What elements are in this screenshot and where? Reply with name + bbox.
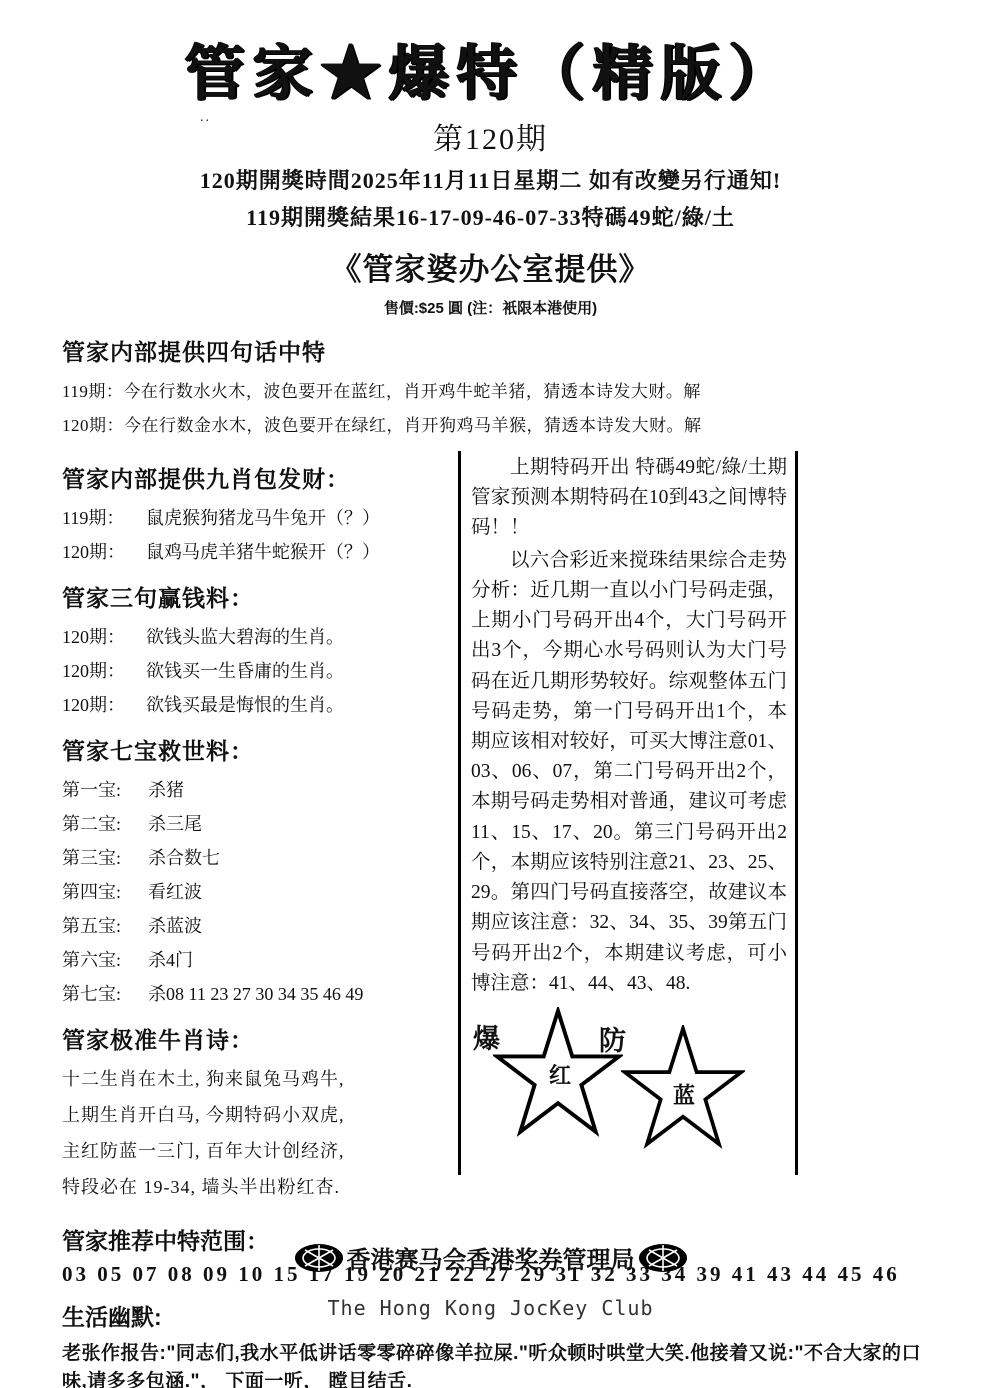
list-item: 119期： 鼠虎猴狗猪龙马牛兔开（？） <box>62 504 458 530</box>
row-value: 欲钱买最是悔恨的生肖。 <box>146 691 458 717</box>
row-label: 第三宝: <box>62 844 148 870</box>
provider-line: 《管家婆办公室提供》 <box>0 244 981 289</box>
list-item: 120期： 欲钱买一生昏庸的生肖。 <box>62 657 458 683</box>
row-label: 120期： <box>62 657 146 683</box>
row-value: 杀蓝波 <box>148 912 458 938</box>
analysis-paragraph-1: 上期特码开出 特碼49蛇/綠/土期管家预测本期特码在10到43之间博特码！！ <box>471 453 787 544</box>
row-label: 第六宝: <box>62 946 148 972</box>
row-label: 第二宝: <box>62 810 148 836</box>
row-label: 第四宝: <box>62 878 148 904</box>
row-value: 杀4门 <box>148 946 458 972</box>
poem-line: 特段必在 19-34, 墙头半出粉红杏. <box>62 1173 458 1199</box>
page-title: 管家★爆特（精版） <box>0 0 981 112</box>
list-item: 第二宝: 杀三尾 <box>62 810 458 836</box>
list-item: 120期： 欲钱头监大碧海的生肖。 <box>62 623 458 649</box>
section-heading-three-sentences: 管家三句赢钱料： <box>62 580 458 613</box>
footer-cn-text: 香港赛马会香港奖券管理局 <box>347 1240 635 1275</box>
row-value: 杀08 11 23 27 30 34 35 46 49 <box>148 980 458 1006</box>
list-item: 第六宝: 杀4门 <box>62 946 458 972</box>
section-heading-four-sentences: 管家内部提供四句话中特 <box>62 334 925 367</box>
footer: 香港赛马会香港奖券管理局 The Hong Kong JocKey Club <box>0 1240 981 1320</box>
list-item: 第一宝: 杀猪 <box>62 776 458 802</box>
row-value: 杀三尾 <box>148 810 458 836</box>
row-label: 119期： <box>62 504 146 530</box>
list-item: 第五宝: 杀蓝波 <box>62 912 458 938</box>
row-value: 看红波 <box>148 878 458 904</box>
row-value: 杀猪 <box>148 776 458 802</box>
row-label: 120期： <box>62 691 146 717</box>
price-note: 售價:$25 圓 (注：衹限本港使用) <box>0 297 981 318</box>
four-sentence-line: 120期：今在行数金水木，波色要开在绿红，肖开狗鸡马羊猴，猜透本诗发大财。解 <box>62 411 925 436</box>
row-value: 杀合数七 <box>148 844 458 870</box>
analysis-paragraph-2: 以六合彩近来搅珠结果综合走势分析：近几期一直以小门号码走强，上期小门号码开出4个… <box>471 546 787 999</box>
humor-text: 老张作报告:"同志们,我水平低讲话零零碎碎像羊拉屎."听众顿时哄堂大笑.他接着又… <box>62 1340 927 1388</box>
jockey-club-emblem-right-icon <box>637 1241 689 1275</box>
row-label: 120期： <box>62 538 146 564</box>
row-label: 第七宝: <box>62 980 148 1006</box>
list-item: 第三宝: 杀合数七 <box>62 844 458 870</box>
section-heading-seven-treasures: 管家七宝救世料： <box>62 733 458 766</box>
left-column: 管家内部提供九肖包发财： 119期： 鼠虎猴狗猪龙马牛兔开（？） 120期： 鼠… <box>62 445 458 1209</box>
section-heading-nine-zodiac: 管家内部提供九肖包发财： <box>62 461 458 494</box>
four-sentence-line: 119期：今在行数水火木，波色要开在蓝红，肖开鸡牛蛇羊猪，猜透本诗发大财。解 <box>62 377 925 402</box>
poem-line: 十二生肖在木土, 狗来鼠兔马鸡牛, <box>62 1065 458 1091</box>
row-value: 鼠虎猴狗猪龙马牛兔开（？） <box>146 504 458 530</box>
issue-number: 第120期 <box>0 114 981 158</box>
row-label: 第一宝: <box>62 776 148 802</box>
content-area: 管家内部提供四句话中特 119期：今在行数水火木，波色要开在蓝红，肖开鸡牛蛇羊猪… <box>0 334 981 1388</box>
analysis-column: 上期特码开出 特碼49蛇/綠/土期管家预测本期特码在10到43之间博特码！！ 以… <box>458 451 798 1175</box>
row-label: 120期： <box>62 623 146 649</box>
star1-inside-label: 红 <box>549 1059 571 1090</box>
row-value: 欲钱买一生昏庸的生肖。 <box>146 657 458 683</box>
draw-time-line: 120期開獎時間2025年11月11日星期二 如有改變另行通知! <box>0 164 981 195</box>
last-result-line: 119期開獎結果16-17-09-46-07-33特碼49蛇/綠/土 <box>0 201 981 232</box>
two-column-area: 管家内部提供九肖包发财： 119期： 鼠虎猴狗猪龙马牛兔开（？） 120期： 鼠… <box>62 445 925 1209</box>
star-graphics: 爆 红 防 蓝 <box>471 1011 787 1161</box>
print-artifact-dots: .. <box>200 110 211 126</box>
row-value: 欲钱头监大碧海的生肖。 <box>146 623 458 649</box>
poem-line: 上期生肖开白马, 今期特码小双虎, <box>62 1101 458 1127</box>
poem-line: 主红防蓝一三门, 百年大计创经济, <box>62 1137 458 1163</box>
list-item: 120期： 欲钱买最是悔恨的生肖。 <box>62 691 458 717</box>
section-heading-zodiac-poem: 管家极准牛肖诗： <box>62 1022 458 1055</box>
list-item: 第七宝: 杀08 11 23 27 30 34 35 46 49 <box>62 980 458 1006</box>
row-label: 第五宝: <box>62 912 148 938</box>
star2-inside-label: 蓝 <box>673 1079 695 1110</box>
list-item: 第四宝: 看红波 <box>62 878 458 904</box>
footer-en-text: The Hong Kong JocKey Club <box>0 1296 981 1320</box>
row-value: 鼠鸡马虎羊猪牛蛇猴开（？） <box>146 538 458 564</box>
jockey-club-emblem-left-icon <box>293 1241 345 1275</box>
list-item: 120期： 鼠鸡马虎羊猪牛蛇猴开（？） <box>62 538 458 564</box>
footer-cn-line: 香港赛马会香港奖券管理局 <box>293 1240 689 1275</box>
tip-sheet-page: 管家★爆特（精版） .. 第120期 120期開獎時間2025年11月11日星期… <box>0 0 981 1388</box>
